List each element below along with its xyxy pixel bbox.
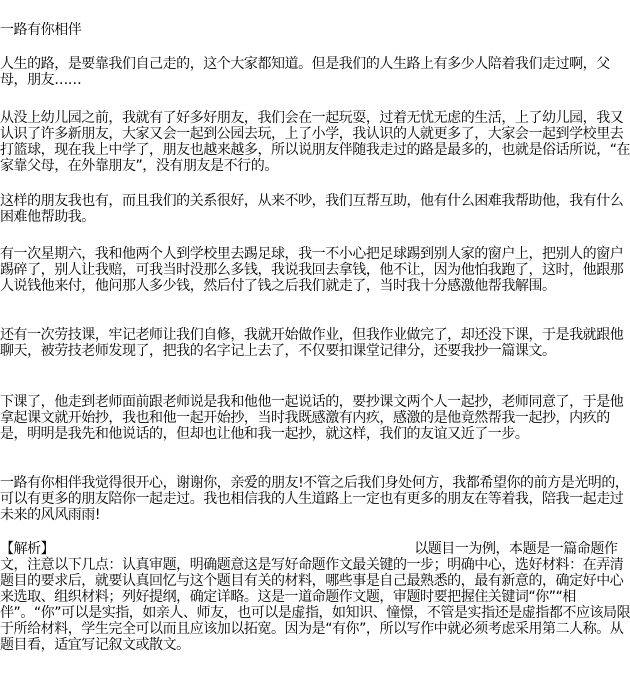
essay-paragraph: 人生的路，是要靠我们自己走的，这个大家都知道。但是我们的人生路上有多少人陪着我们…	[0, 56, 630, 88]
essay-paragraph: 从没上幼儿园之前，我就有了好多好朋友，我们会在一起玩耍，过着无忧无虑的生活，上了…	[0, 110, 630, 174]
essay-paragraph: 还有一次劳技课，牢记老师让我们自修，我就开始做作业，但我作业做完了，却还没下课，…	[0, 327, 630, 359]
analysis-section: 【解析】以题目一为例，本题是一篇命题作文，注意以下几点：认真审题，明确题意这是写…	[0, 541, 630, 653]
essay-title: 一路有你相伴	[0, 22, 630, 38]
essay-paragraph: 这样的朋友我也有，而且我们的关系很好，从来不吵，我们互帮互助，他有什么困难我帮助…	[0, 193, 630, 225]
document-page: 一路有你相伴 人生的路，是要靠我们自己走的，这个大家都知道。但是我们的人生路上有…	[0, 0, 630, 673]
analysis-text: 以题目一为例，本题是一篇命题作文，注意以下几点：认真审题，明确题意这是写好命题作…	[0, 541, 630, 653]
essay-paragraph: 下课了，他走到老师面前跟老师说是我和他他一起说话的，要抄课文两个人一起抄，老师同…	[0, 394, 630, 442]
essay-paragraph: 一路有你相伴我觉得很开心，谢谢你，亲爱的朋友!不管之后我们身处何方，我都希望你的…	[0, 475, 630, 523]
analysis-label: 【解析】	[0, 541, 54, 557]
essay-paragraph: 有一次星期六，我和他两个人到学校里去踢足球，我一不小心把足球踢到别人家的窗户上，…	[0, 246, 630, 294]
